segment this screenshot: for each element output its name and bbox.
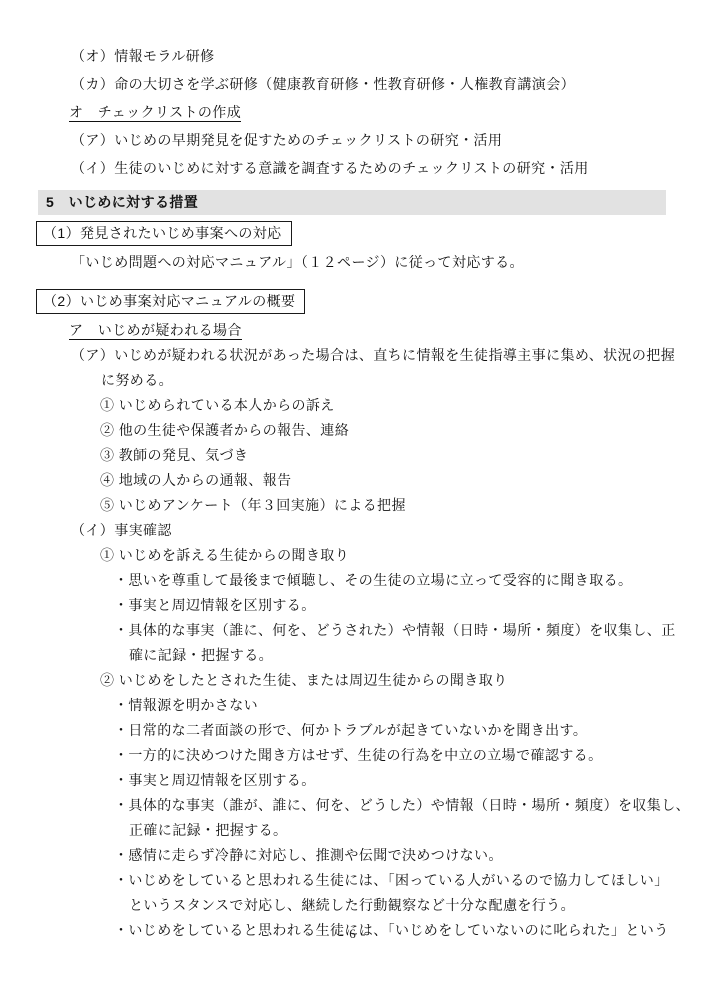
- info-source-item: ④ 地域の人からの通報、報告: [0, 468, 706, 493]
- training-item-ka: （カ）命の大切さを学ぶ研修（健康教育研修・性教育研修・人権教育講演会）: [0, 70, 706, 98]
- case-suspected-heading: ア いじめが疑われる場合: [0, 318, 706, 343]
- sub2-title-row: （2）いじめ事案対応マニュアルの概要: [36, 289, 706, 314]
- checklist-heading-text: オ チェックリストの作成: [69, 104, 241, 122]
- hearing-suspect-title: ② いじめをしたとされた生徒、または周辺生徒からの聞き取り: [0, 668, 706, 693]
- info-source-item: ① いじめられている本人からの訴え: [0, 393, 706, 418]
- suspect-point: ・具体的な事実（誰が、誰に、何を、どうした）や情報（日時・場所・頻度）を収集し、: [0, 793, 706, 818]
- sub1-title-row: （1）発見されたいじめ事案への対応: [36, 221, 706, 246]
- info-source-item: ③ 教師の発見、気づき: [0, 443, 706, 468]
- suspect-point: ・感情に走らず冷静に対応し、推測や伝聞で決めつけない。: [0, 843, 706, 868]
- suspect-point: ・いじめをしていると思われる生徒には、「困っている人がいるので協力してほしい」: [0, 868, 706, 893]
- sub2-title-box: （2）いじめ事案対応マニュアルの概要: [36, 289, 305, 314]
- suspect-point-continuation: というスタンスで対応し、継続した行動観察など十分な配慮を行う。: [0, 893, 706, 918]
- checklist-item-a: （ア）いじめの早期発見を促すためのチェックリストの研究・活用: [0, 126, 706, 154]
- info-source-item: ② 他の生徒や保護者からの報告、連絡: [0, 418, 706, 443]
- section5-heading-bar: 5 いじめに対する措置: [38, 190, 666, 215]
- sub1-body: 「いじめ問題への対応マニュアル」（１２ページ）に従って対応する。: [0, 249, 706, 275]
- victim-point: ・思いを尊重して最後まで傾聴し、その生徒の立場に立って受容的に聞き取る。: [0, 568, 706, 593]
- training-checklist-block: （オ）情報モラル研修 （カ）命の大切さを学ぶ研修（健康教育研修・性教育研修・人権…: [0, 0, 706, 182]
- victim-point-continuation: 確に記録・把握する。: [0, 643, 706, 668]
- para-suspected-line1: （ア）いじめが疑われる状況があった場合は、直ちに情報を生徒指導主事に集め、状況の…: [0, 343, 706, 368]
- sub1-title-box: （1）発見されたいじめ事案への対応: [36, 221, 292, 246]
- fact-check-heading: （イ）事実確認: [0, 518, 706, 543]
- manual-outline-block: ア いじめが疑われる場合 （ア）いじめが疑われる状況があった場合は、直ちに情報を…: [0, 318, 706, 943]
- suspect-point-continuation: 正確に記録・把握する。: [0, 818, 706, 843]
- checklist-heading: オ チェックリストの作成: [0, 98, 706, 126]
- training-item-o: （オ）情報モラル研修: [0, 42, 706, 70]
- victim-point: ・具体的な事実（誰に、何を、どうされた）や情報（日時・場所・頻度）を収集し、正: [0, 618, 706, 643]
- para-suspected-line2: に努める。: [0, 368, 706, 393]
- suspect-point: ・日常的な二者面談の形で、何かトラブルが起きていないかを聞き出す。: [0, 718, 706, 743]
- case-suspected-heading-text: ア いじめが疑われる場合: [69, 322, 242, 340]
- suspect-point: ・一方的に決めつけた聞き方はせず、生徒の行為を中立の立場で確認する。: [0, 743, 706, 768]
- info-source-item: ⑤ いじめアンケート（年３回実施）による把握: [0, 493, 706, 518]
- page-number: - 6 -: [0, 926, 706, 942]
- hearing-victim-title: ① いじめを訴える生徒からの聞き取り: [0, 543, 706, 568]
- checklist-item-i: （イ）生徒のいじめに対する意識を調査するためのチェックリストの研究・活用: [0, 154, 706, 182]
- suspect-point: ・情報源を明かさない: [0, 693, 706, 718]
- suspect-point: ・事実と周辺情報を区別する。: [0, 768, 706, 793]
- document-page: （オ）情報モラル研修 （カ）命の大切さを学ぶ研修（健康教育研修・性教育研修・人権…: [0, 0, 706, 1000]
- victim-point: ・事実と周辺情報を区別する。: [0, 593, 706, 618]
